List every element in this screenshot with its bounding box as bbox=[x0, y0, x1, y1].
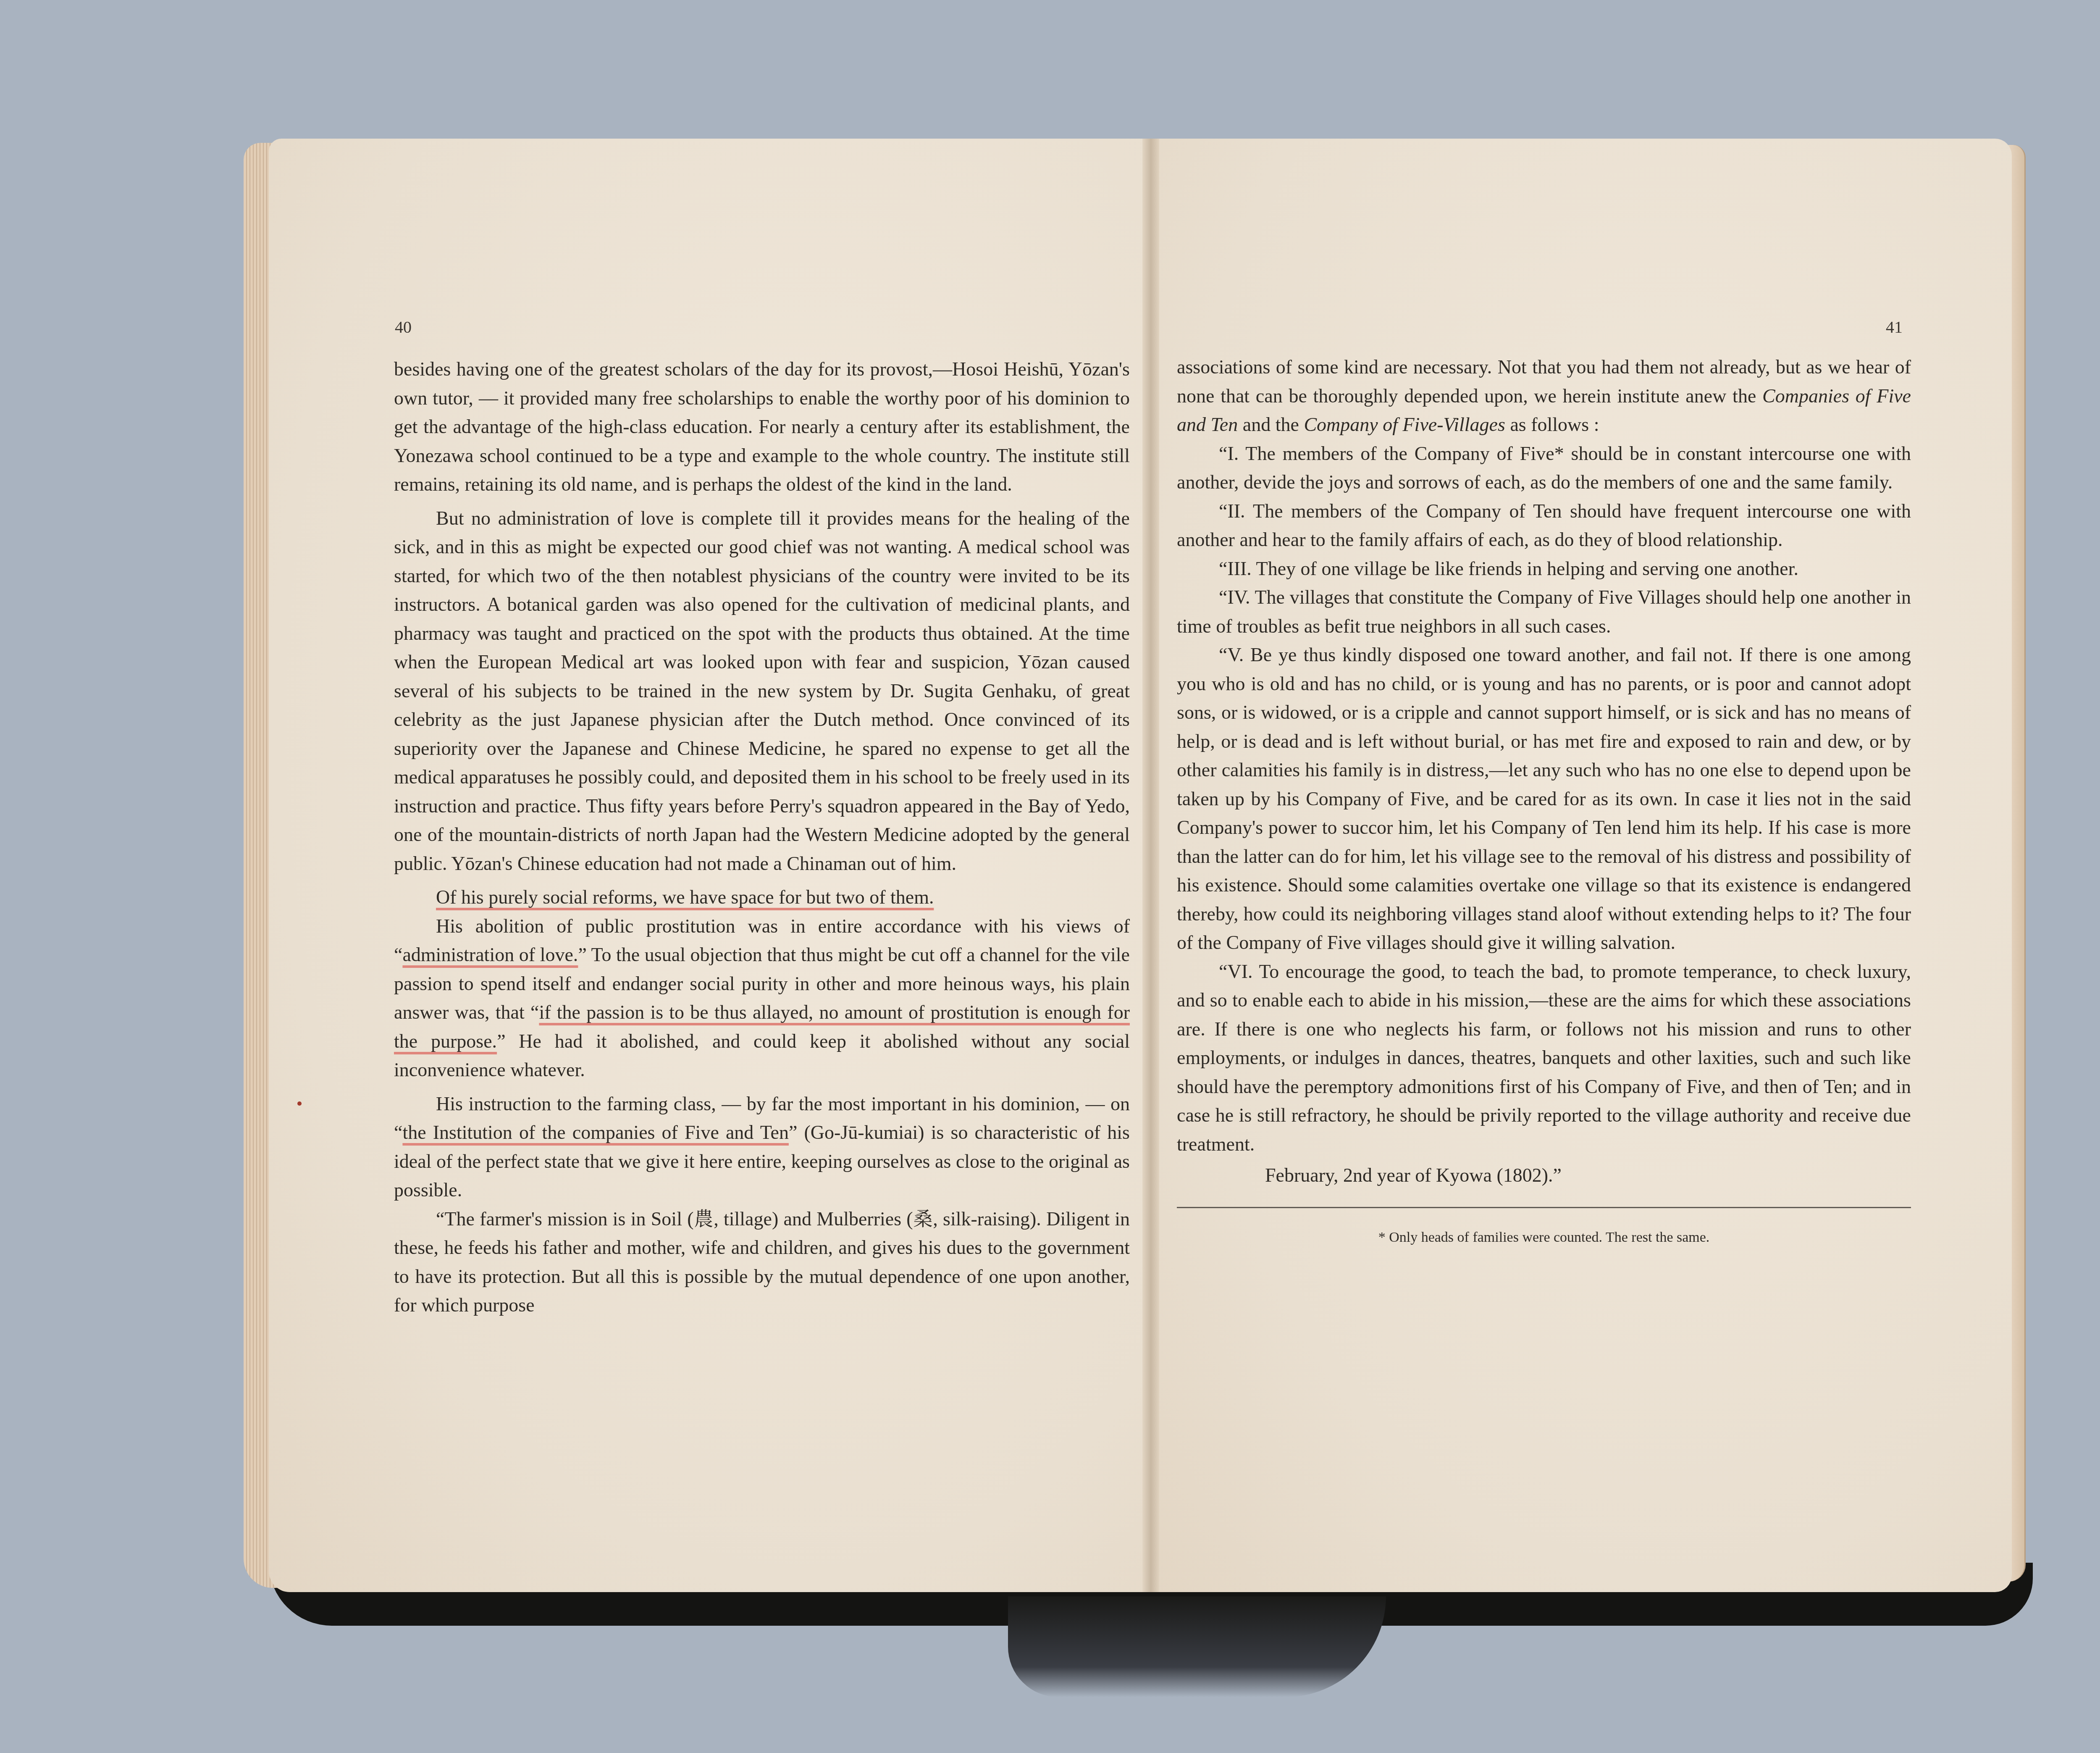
book-gutter bbox=[1142, 139, 1159, 1592]
paragraph: besides having one of the greatest schol… bbox=[394, 355, 1130, 499]
footnote-rule bbox=[1177, 1207, 1911, 1208]
highlighted-text: the Institution of the companies of Five… bbox=[402, 1122, 789, 1143]
paragraph: Of his purely social reforms, we have sp… bbox=[394, 883, 1130, 912]
paragraph: But no administration of love is complet… bbox=[394, 504, 1130, 878]
book-shadow-tail bbox=[1008, 1596, 1386, 1697]
footnote: * Only heads of families were counted. T… bbox=[1177, 1223, 1911, 1252]
paragraph: His instruction to the farming class, — … bbox=[394, 1090, 1130, 1205]
article-iii: “III. They of one village be like friend… bbox=[1177, 555, 1911, 583]
highlighted-text: administration of love. bbox=[402, 944, 578, 965]
article-vi: “VI. To encourage the good, to teach the… bbox=[1177, 957, 1911, 1159]
page-number-left: 40 bbox=[395, 317, 412, 337]
date-line: February, 2nd year of Kyowa (1802).” bbox=[1177, 1161, 1911, 1190]
highlighted-text: Of his purely social reforms, we have sp… bbox=[436, 886, 934, 908]
paragraph: associations of some kind are necessary.… bbox=[1177, 353, 1911, 439]
article-i: “I. The members of the Company of Five* … bbox=[1177, 439, 1911, 497]
article-iv: “IV. The villages that constitute the Co… bbox=[1177, 583, 1911, 641]
page-number-right: 41 bbox=[1886, 317, 1903, 337]
ink-mark bbox=[297, 1101, 302, 1106]
left-page-text: besides having one of the greatest schol… bbox=[394, 355, 1130, 1320]
right-page-text: associations of some kind are necessary.… bbox=[1177, 353, 1911, 1252]
italic-text: Company of Five-Villages bbox=[1304, 414, 1505, 435]
article-v: “V. Be ye thus kindly disposed one towar… bbox=[1177, 641, 1911, 957]
paragraph: “The farmer's mission is in Soil (農, til… bbox=[394, 1205, 1130, 1320]
paragraph: His abolition of public prostitution was… bbox=[394, 912, 1130, 1085]
article-ii: “II. The members of the Company of Ten s… bbox=[1177, 497, 1911, 555]
